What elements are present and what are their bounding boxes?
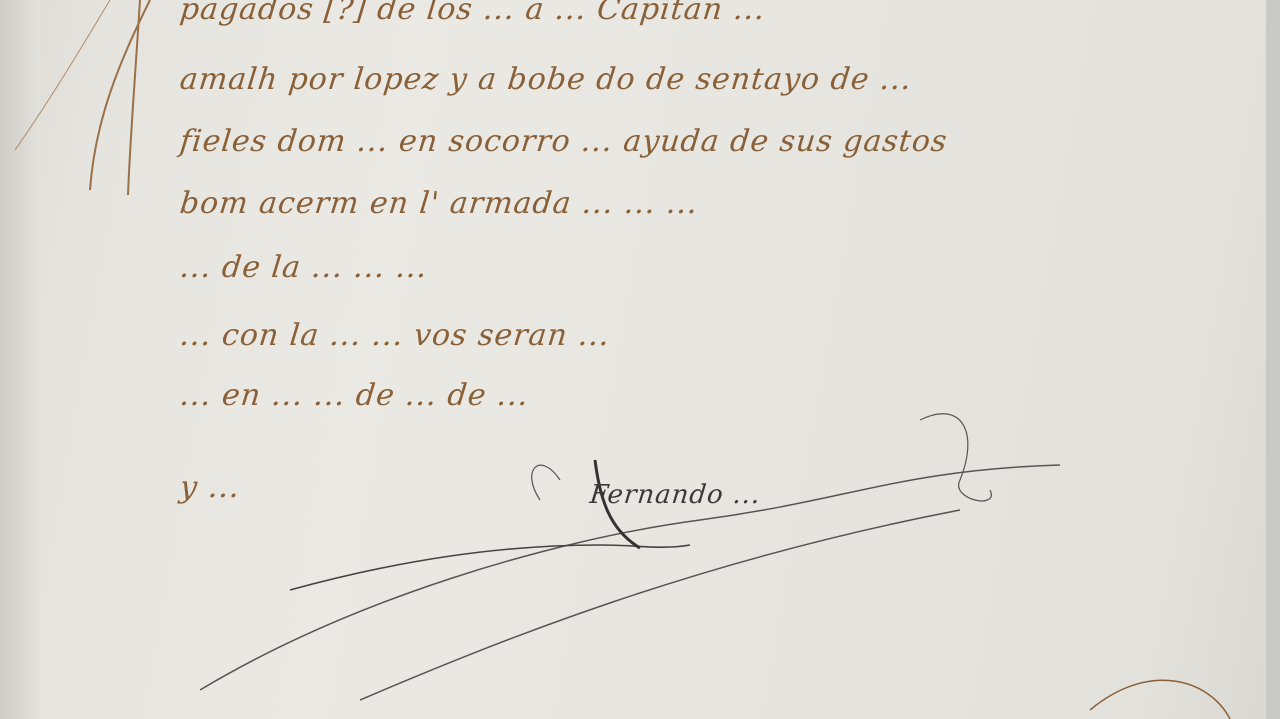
signature: Fernando ...: [588, 480, 762, 510]
manuscript-line-5: ... de la ... ... ...: [178, 250, 429, 285]
manuscript-line-7: ... en ... ... de ... de ...: [178, 378, 530, 413]
manuscript-line-2: amalh por lopez y a bobe do de sentayo d…: [178, 62, 913, 97]
manuscript-line-4: bom acerm en l' armada ... ... ...: [178, 186, 700, 221]
manuscript-line-1: pagados [?] de los ... a ... Capitan ...: [178, 0, 767, 27]
manuscript-line-6: ... con la ... ... vos seran ...: [178, 318, 612, 353]
manuscript-line-8: y ...: [178, 470, 242, 505]
manuscript-line-3: fieles dom ... en socorro ... ayuda de s…: [178, 124, 949, 159]
decorative-flourishes: [0, 0, 1280, 719]
